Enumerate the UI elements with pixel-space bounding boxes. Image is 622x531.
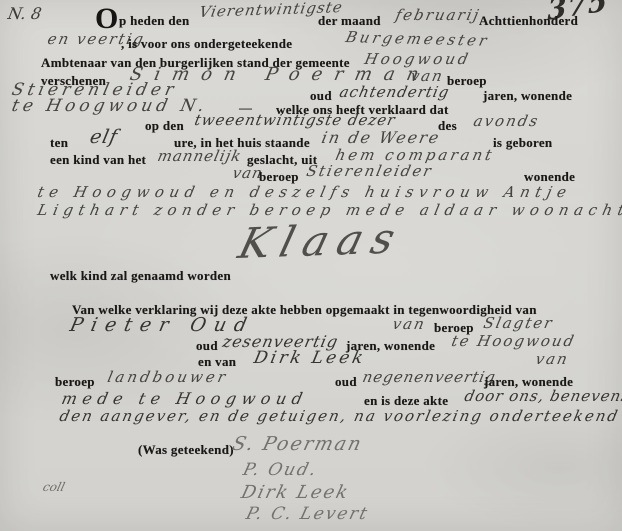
handwritten-gender: mannelijk [156, 148, 243, 165]
signature-declarant: S. Poerman [230, 434, 365, 455]
handwritten-child-name: Klaas [234, 215, 409, 267]
handwritten-father-occupation: Stierenleider [305, 163, 434, 180]
handwritten-official-title: Burgemeester [344, 29, 491, 49]
handwritten-witness1-residence: te Hoogwoud [450, 333, 577, 350]
printed-at-label: ten [50, 136, 68, 150]
printed-was-signed-label: (Was geteekend) [138, 443, 234, 457]
printed-oud: oud [196, 339, 218, 353]
handwritten-declarant-age: achtendertig [338, 84, 451, 101]
handwritten-time-of-day: avonds [472, 113, 541, 130]
handwritten-witness1-occupation: Slagter [482, 315, 555, 332]
signature-witness2: Dirk Leek [239, 483, 352, 503]
handwritten-witness2-name: Dirk Leek [252, 349, 368, 368]
collation-mark: coll [41, 481, 66, 494]
printed-occupation-label: beroep [447, 74, 487, 88]
printed-beroep-2: beroep [55, 375, 95, 389]
handwritten-witness1-of: van [391, 316, 428, 333]
handwritten-closing-1: door ons, benevens [463, 388, 622, 405]
handwritten-witness2-age: negenenveertig [361, 369, 498, 386]
handwritten-birth-day: tweeentwintigste dezer [193, 112, 397, 129]
signature-registrar: P. C. Levert [244, 505, 371, 524]
printed-years-residing: jaren, wonende [483, 89, 572, 103]
printed-child-clause: een kind van het [50, 153, 146, 167]
handwritten-witness2-of: van [534, 351, 571, 368]
handwritten-closing-2: den aangever, en de getuigen, na voorlez… [58, 408, 621, 425]
handwritten-witness2-occupation: landbouwer [106, 369, 230, 386]
handwritten-hour: elf [88, 127, 120, 148]
printed-on-the: op den [145, 119, 184, 133]
printed-month-label: der maand [318, 14, 381, 28]
handwritten-birth-place: in de Weere [320, 129, 442, 147]
handwritten-residence: te Hoogwoud N. [10, 97, 210, 116]
signature-witness1: P. Oud. [241, 461, 320, 480]
printed-date-prefix: p heden den [119, 14, 190, 28]
handwritten-month: februarij [394, 7, 482, 24]
handwritten-witness2-residence: mede te Hoogwoud [60, 390, 310, 408]
printed-century: Achttienhonderd [479, 14, 578, 28]
printed-oud-2: oud [335, 375, 357, 389]
act-number: N. 8 [6, 5, 42, 23]
handwritten-mother-line-1: te Hoogwoud en deszelfs huisvrouw Antje [36, 184, 573, 201]
printed-registrar-intro: , is voor ons ondergeteekende [121, 37, 292, 51]
printed-is-born: is geboren [493, 136, 552, 150]
printed-naming-clause: welk kind zal genaamd worden [50, 269, 231, 283]
